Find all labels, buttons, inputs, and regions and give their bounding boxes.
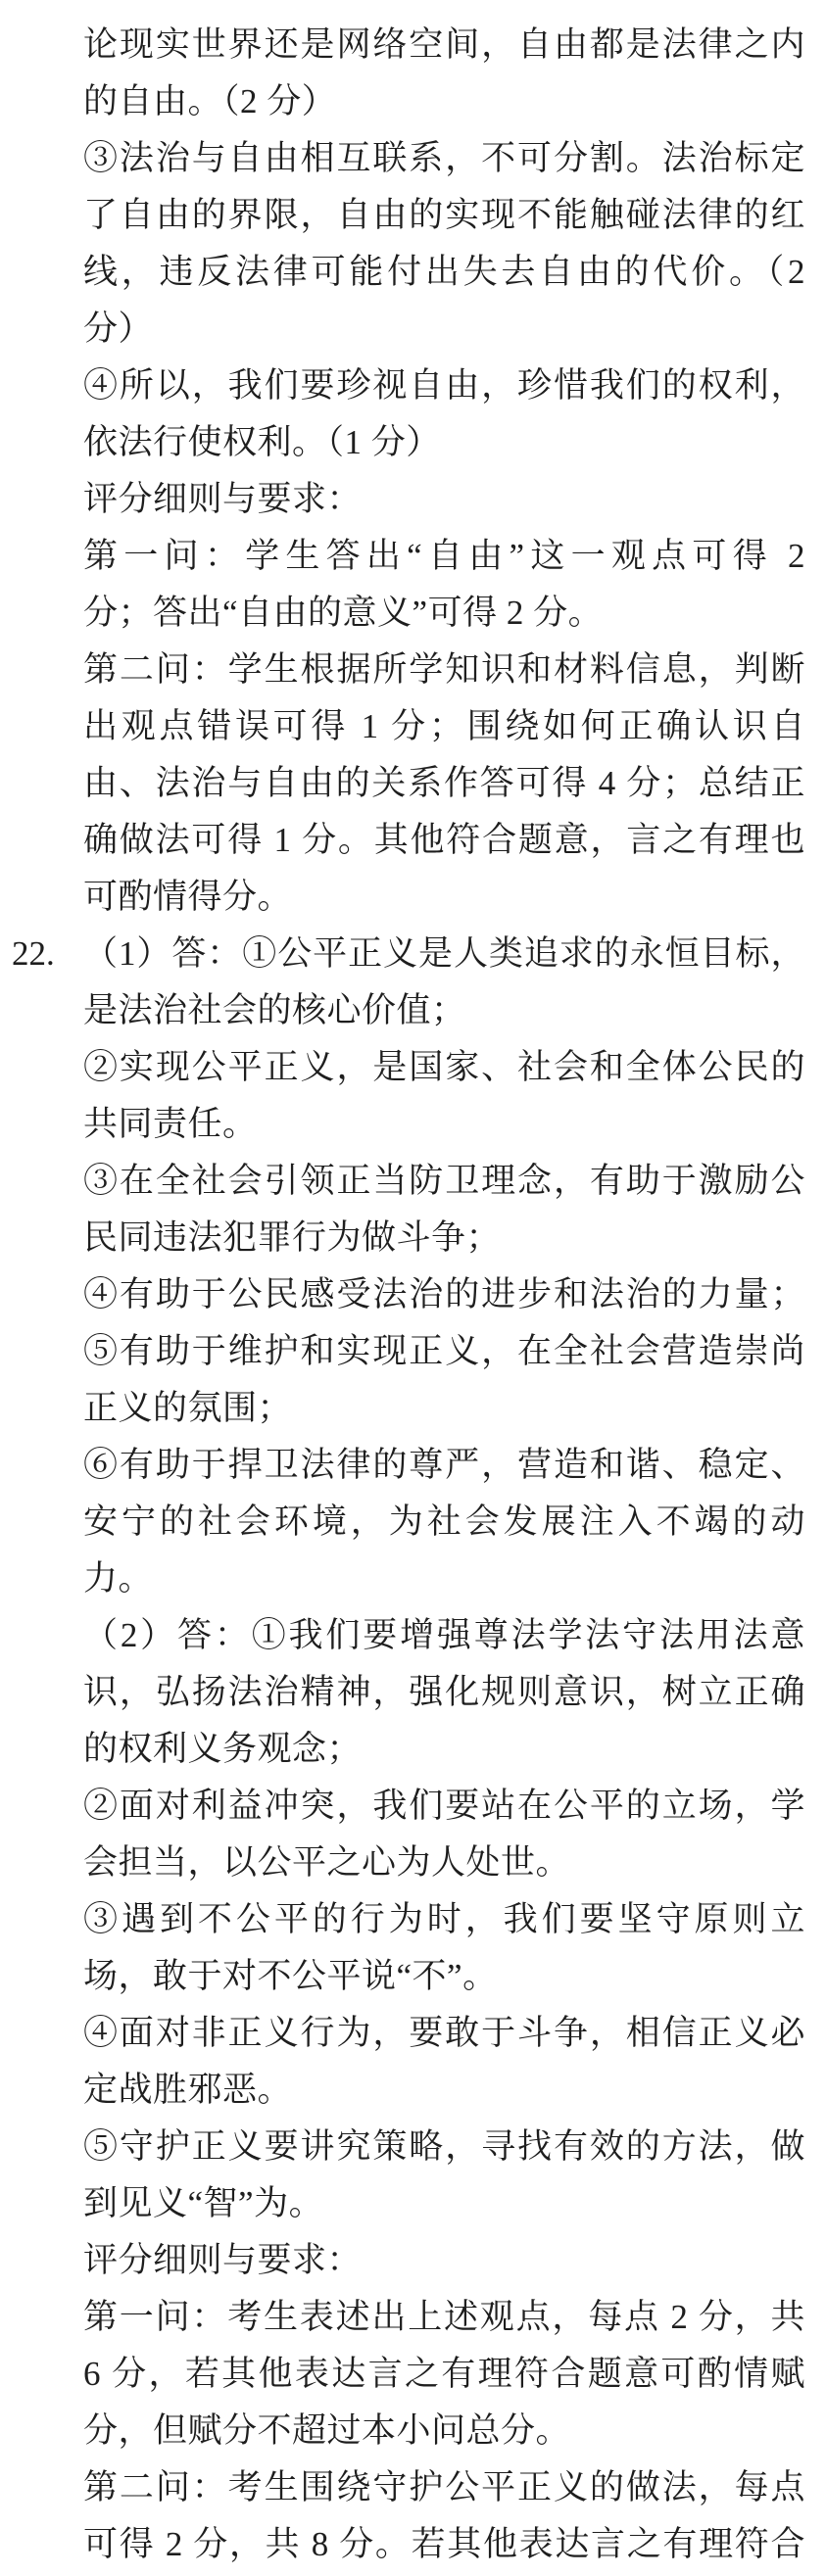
text-line: ④所以，我们要珍视自由，珍惜我们的权利， xyxy=(83,358,805,414)
text-line: 分；答出“自由的意义”可得 2 分。 xyxy=(83,585,805,642)
text-line: ②面对利益冲突，我们要站在公平的立场，学 xyxy=(83,1778,805,1835)
text-line: 共同责任。 xyxy=(83,1096,805,1153)
answer-text-column: （1）答：①公平正义是人类追求的永恒目标，是法治社会的核心价值；②实现公平正义，… xyxy=(83,926,805,2573)
text-line: 定战胜邪恶。 xyxy=(83,2062,805,2119)
text-line: 由、法治与自由的关系作答可得 4 分；总结正 xyxy=(83,755,805,812)
text-line: 可酌情得分。 xyxy=(83,869,805,926)
text-line: 线，违反法律可能付出失去自由的代价。（2 xyxy=(83,244,805,301)
text-line: ③法治与自由相互联系，不可分割。法治标定 xyxy=(83,130,805,187)
text-line: 第一问：学生答出“自由”这一观点可得 2 xyxy=(83,528,805,585)
text-line: （2）答：①我们要增强尊法学法守法用法意 xyxy=(83,1607,805,1664)
text-line: 到见义“智”为。 xyxy=(83,2175,805,2232)
text-line: 第一问：考生表述出上述观点，每点 2 分，共 xyxy=(83,2289,805,2346)
text-line: ③在全社会引领正当防卫理念，有助于激励公 xyxy=(83,1153,805,1210)
text-line: 可得 2 分，共 8 分。若其他表达言之有理符合 xyxy=(83,2516,805,2573)
text-line: 分，但赋分不超过本小问总分。 xyxy=(83,2403,805,2459)
text-line: 评分细则与要求： xyxy=(83,471,805,528)
text-line: 的权利义务观念； xyxy=(83,1721,805,1778)
text-line: （1）答：①公平正义是人类追求的永恒目标， xyxy=(83,926,805,982)
text-line: 民同违法犯罪行为做斗争； xyxy=(83,1210,805,1266)
exam-answer-page: 论现实世界还是网络空间，自由都是法律之内的自由。（2 分）③法治与自由相互联系，… xyxy=(0,0,826,2576)
text-line: 力。 xyxy=(83,1550,805,1607)
text-line: 正义的氛围； xyxy=(83,1380,805,1437)
text-line: 出观点错误可得 1 分；围绕如何正确认识自 xyxy=(83,698,805,755)
answer-block-21-continuation: 论现实世界还是网络空间，自由都是法律之内的自由。（2 分）③法治与自由相互联系，… xyxy=(0,17,826,926)
text-line: 分） xyxy=(83,301,805,358)
text-line: 安宁的社会环境，为社会发展注入不竭的动 xyxy=(83,1494,805,1550)
text-line: 的自由。（2 分） xyxy=(83,73,805,130)
text-line: 论现实世界还是网络空间，自由都是法律之内 xyxy=(83,17,805,73)
text-line: 了自由的界限，自由的实现不能触碰法律的红 xyxy=(83,187,805,244)
text-line: 会担当，以公平之心为人处世。 xyxy=(83,1835,805,1891)
text-line: ②实现公平正义，是国家、社会和全体公民的 xyxy=(83,1039,805,1096)
text-line: 依法行使权利。（1 分） xyxy=(83,414,805,471)
text-line: 第二问：考生围绕守护公平正义的做法，每点 xyxy=(83,2459,805,2516)
text-line: 第二问：学生根据所学知识和材料信息，判断 xyxy=(83,642,805,698)
text-line: 评分细则与要求： xyxy=(83,2232,805,2289)
text-line: ④有助于公民感受法治的进步和法治的力量； xyxy=(83,1266,805,1323)
question-number: 22. xyxy=(12,926,80,982)
text-line: 场，敢于对不公平说“不”。 xyxy=(83,1948,805,2005)
text-line: 识，弘扬法治精神，强化规则意识，树立正确 xyxy=(83,1664,805,1721)
text-line: 是法治社会的核心价值； xyxy=(83,982,805,1039)
answer-block-22: 22. （1）答：①公平正义是人类追求的永恒目标，是法治社会的核心价值；②实现公… xyxy=(0,926,826,2573)
text-line: ⑥有助于捍卫法律的尊严，营造和谐、稳定、 xyxy=(83,1437,805,1494)
answer-text-column: 论现实世界还是网络空间，自由都是法律之内的自由。（2 分）③法治与自由相互联系，… xyxy=(83,17,805,926)
text-line: 6 分，若其他表达言之有理符合题意可酌情赋 xyxy=(83,2346,805,2403)
text-line: ③遇到不公平的行为时，我们要坚守原则立 xyxy=(83,1891,805,1948)
text-line: ⑤守护正义要讲究策略，寻找有效的方法，做 xyxy=(83,2119,805,2175)
text-line: ④面对非正义行为，要敢于斗争，相信正义必 xyxy=(83,2005,805,2062)
text-line: 确做法可得 1 分。其他符合题意，言之有理也 xyxy=(83,812,805,869)
text-line: ⑤有助于维护和实现正义，在全社会营造崇尚 xyxy=(83,1323,805,1380)
